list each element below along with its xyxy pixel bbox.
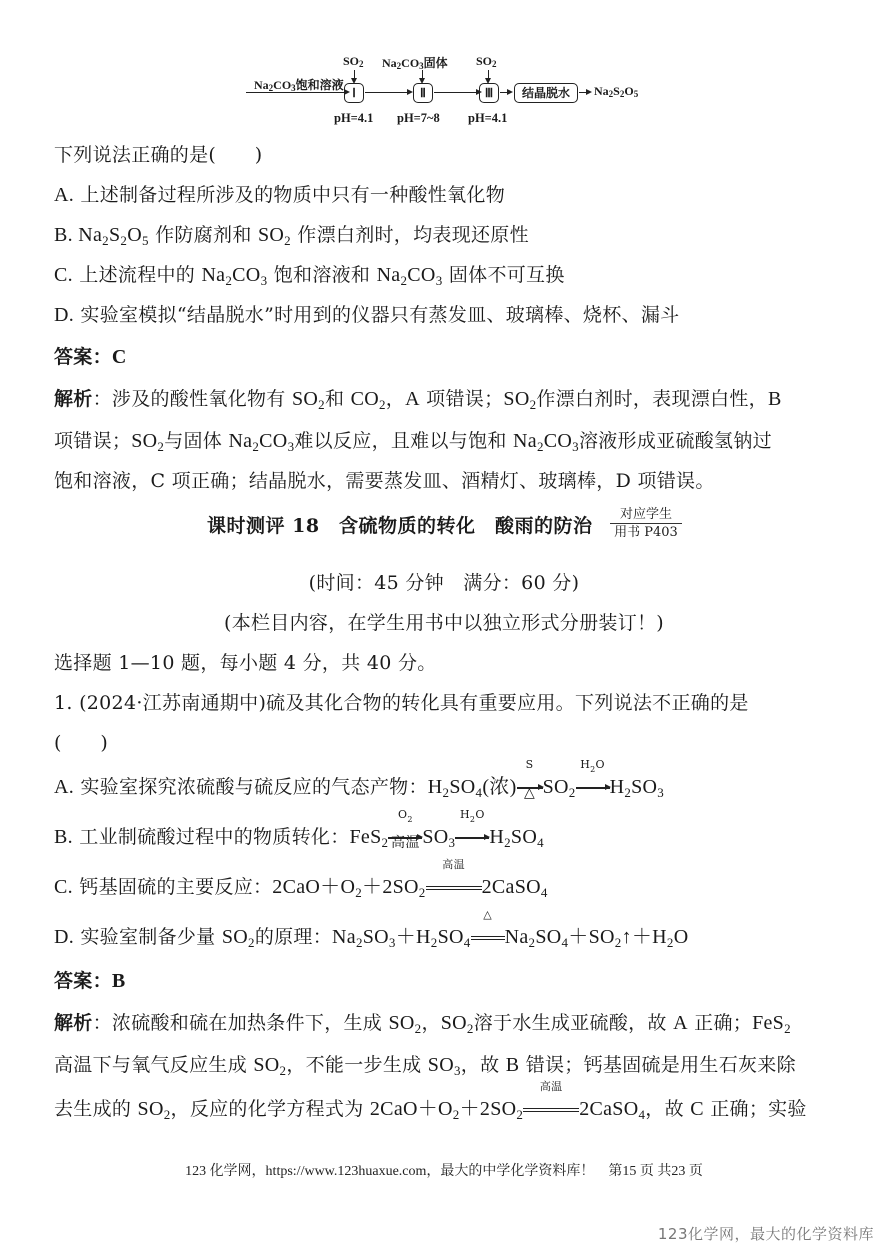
document-page: Na2CO3饱和溶液 SO2 Ⅰ pH=4.1 Na2CO3固体 Ⅱ pH=7~… bbox=[0, 0, 888, 1255]
process-flow-diagram: Na2CO3饱和溶液 SO2 Ⅰ pH=4.1 Na2CO3固体 Ⅱ pH=7~… bbox=[244, 48, 644, 128]
reaction-arrow: O2高温 bbox=[388, 824, 422, 850]
question-2-stem: 1. (2024·江苏南通期中)硫及其化合物的转化具有重要应用。下列说法不正确的… bbox=[54, 690, 749, 716]
q2-option-c: C. 钙基固硫的主要反应：2CaO＋O2＋2SO2高温2CaSO4 bbox=[54, 874, 548, 900]
reaction-arrow: H2O bbox=[455, 824, 489, 850]
answer-2: 答案：B bbox=[54, 968, 126, 994]
final-step-box: 结晶脱水 bbox=[514, 83, 578, 103]
stage-2-box: Ⅱ bbox=[413, 83, 433, 103]
arrow-right-icon bbox=[507, 89, 513, 95]
time-info: (时间：45 分钟 满分：60 分) bbox=[0, 570, 888, 596]
option-c: C. 上述流程中的 Na2CO3 饱和溶液和 Na2CO3 固体不可互换 bbox=[54, 262, 565, 288]
analysis-1-line-3: 饱和溶液，C 项正确；结晶脱水，需要蒸发皿、酒精灯、玻璃棒，D 项错误。 bbox=[54, 468, 715, 494]
flow-line bbox=[434, 92, 478, 93]
ref-top: 对应学生 bbox=[610, 506, 682, 524]
equals-sign: 高温 bbox=[523, 1096, 579, 1122]
q2-option-a: A. 实验室探究浓硫酸与硫反应的气态产物：H2SO4(浓)S△SO2H2OH2S… bbox=[54, 774, 664, 800]
product-label: Na2S2O5 bbox=[594, 84, 638, 99]
q2-option-b: B. 工业制硫酸过程中的物质转化：FeS2O2高温SO3H2OH2SO4 bbox=[54, 824, 544, 850]
arrow-right-icon bbox=[586, 89, 592, 95]
analysis-2-line-3: 去生成的 SO2，反应的化学方程式为 2CaO＋O2＋2SO2高温2CaSO4，… bbox=[54, 1096, 807, 1122]
instructions: 选择题 1—10 题，每小题 4 分，共 40 分。 bbox=[54, 650, 437, 676]
watermark: 123化学网，最大的化学资料库 bbox=[658, 1223, 874, 1244]
stage-2-ph: pH=7~8 bbox=[397, 111, 440, 126]
analysis-1-line-2: 项错误；SO2与固体 Na2CO3难以反应，且难以与饱和 Na2CO3溶液形成亚… bbox=[54, 428, 772, 454]
q2-option-d: D. 实验室制备少量 SO2的原理：Na2SO3＋H2SO4△Na2SO4＋SO… bbox=[54, 924, 688, 950]
question-2-bracket: ( ) bbox=[54, 730, 108, 756]
stage-1-ph: pH=4.1 bbox=[334, 111, 373, 126]
page-footer: 123 化学网，https://www.123huaxue.com，最大的中学化… bbox=[0, 1160, 888, 1180]
stage-3-box: Ⅲ bbox=[479, 83, 499, 103]
ref-bottom: 用书 P403 bbox=[610, 524, 682, 541]
textbook-reference: 对应学生 用书 P403 bbox=[610, 506, 682, 541]
analysis-2-line-2: 高温下与氧气反应生成 SO2，不能一步生成 SO3，故 B 错误；钙基固硫是用生… bbox=[54, 1052, 796, 1078]
stage-1-input: SO2 bbox=[343, 54, 364, 69]
analysis-1-line-1: 解析：涉及的酸性氧化物有 SO2和 CO2，A 项错误；SO2作漂白剂时，表现漂… bbox=[54, 386, 782, 412]
option-b: B. Na2S2O5 作防腐剂和 SO2 作漂白剂时，均表现还原性 bbox=[54, 222, 529, 248]
feed-label: Na2CO3饱和溶液 bbox=[254, 76, 344, 93]
option-d: D. 实验室模拟“结晶脱水”时用到的仪器只有蒸发皿、玻璃棒、烧杯、漏斗 bbox=[54, 302, 679, 328]
binding-note: (本栏目内容，在学生用书中以独立形式分册装订！) bbox=[0, 610, 888, 636]
equals-sign: 高温 bbox=[426, 874, 482, 900]
option-a: A. 上述制备过程所涉及的物质中只有一种酸性氧化物 bbox=[54, 182, 505, 208]
answer-1: 答案：C bbox=[54, 344, 127, 370]
stage-1-box: Ⅰ bbox=[344, 83, 364, 103]
stage-3-ph: pH=4.1 bbox=[468, 111, 507, 126]
reaction-arrow: S△ bbox=[517, 774, 543, 800]
flow-line bbox=[365, 92, 409, 93]
stage-2-input: Na2CO3固体 bbox=[382, 54, 448, 71]
stage-3-input: SO2 bbox=[476, 54, 497, 69]
reaction-arrow: H2O bbox=[576, 774, 610, 800]
section-title: 课时测评 18 含硫物质的转化 酸雨的防治 bbox=[207, 511, 593, 538]
question-stem: 下列说法正确的是( ) bbox=[54, 142, 262, 168]
equals-sign: △ bbox=[471, 924, 505, 950]
analysis-2-line-1: 解析：浓硫酸和硫在加热条件下，生成 SO2，SO2溶于水生成亚硫酸，故 A 正确… bbox=[54, 1010, 791, 1036]
